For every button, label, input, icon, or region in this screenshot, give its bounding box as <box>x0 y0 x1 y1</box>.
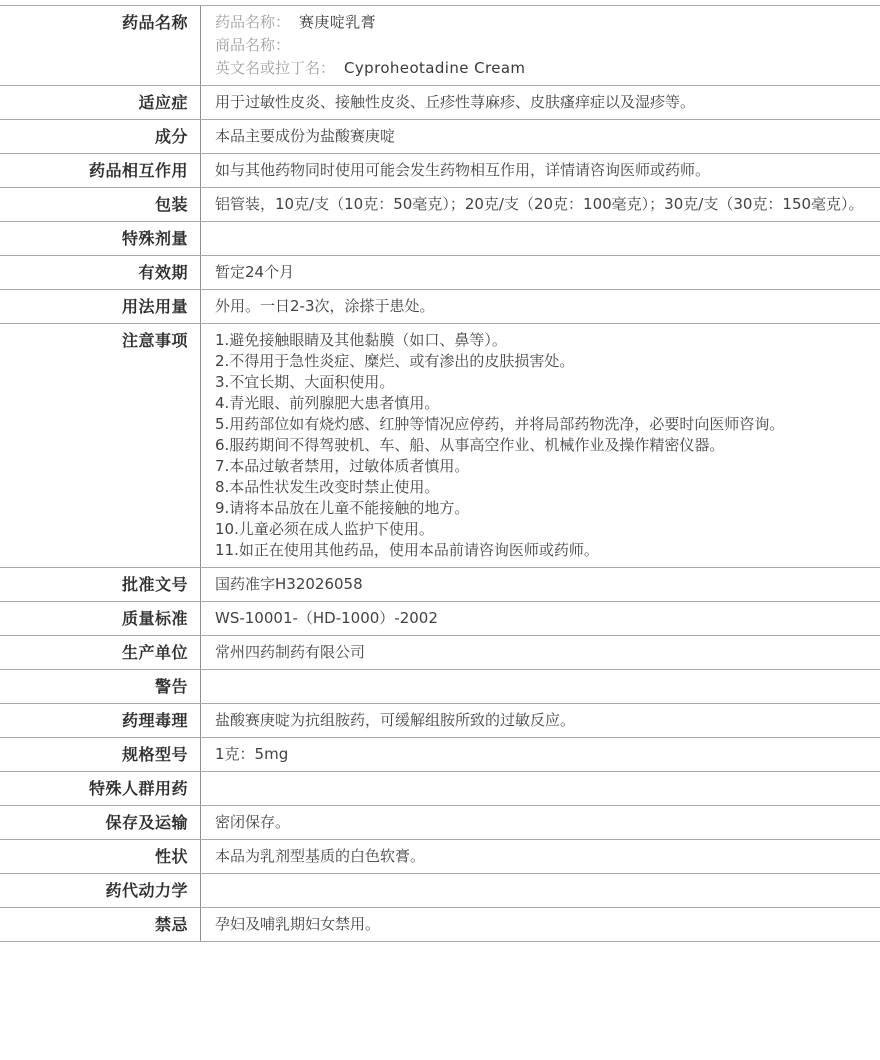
field-key-generic-name: 药品名称： <box>215 13 290 31</box>
row-value-warning <box>201 670 880 703</box>
row-drug-name: 药品名称 药品名称：赛庚啶乳膏 商品名称： 英文名或拉丁名：Cyproheota… <box>0 6 880 86</box>
row-indications: 适应症 用于过敏性皮炎、接触性皮炎、丘疹性荨麻疹、皮肤瘙痒症以及湿疹等。 <box>0 86 880 120</box>
row-value-contraindications: 孕妇及哺乳期妇女禁用。 <box>201 908 880 941</box>
row-validity-period: 有效期 暂定24个月 <box>0 256 880 290</box>
row-manufacturer: 生产单位 常州四药制药有限公司 <box>0 636 880 670</box>
row-label-storage-transport: 保存及运输 <box>0 806 201 839</box>
row-pharmacokinetics: 药代动力学 <box>0 874 880 908</box>
row-special-dosage: 特殊剂量 <box>0 222 880 256</box>
row-packaging: 包装 铝管装，10克/支（10克：50毫克）；20克/支（20克：100毫克）；… <box>0 188 880 222</box>
row-label-warning: 警告 <box>0 670 201 703</box>
row-label-pharmacokinetics: 药代动力学 <box>0 874 201 907</box>
row-value-specification: 1克：5mg <box>201 738 880 771</box>
row-specification: 规格型号 1克：5mg <box>0 738 880 772</box>
row-value-dosage-usage: 外用。一日2-3次，涂搽于患处。 <box>201 290 880 323</box>
row-drug-interactions: 药品相互作用 如与其他药物同时使用可能会发生药物相互作用，详情请咨询医师或药师。 <box>0 154 880 188</box>
row-value-quality-standard: WS-10001-（HD-1000）-2002 <box>201 602 880 635</box>
row-label-packaging: 包装 <box>0 188 201 221</box>
row-dosage-usage: 用法用量 外用。一日2-3次，涂搽于患处。 <box>0 290 880 324</box>
row-label-validity-period: 有效期 <box>0 256 201 289</box>
row-contraindications: 禁忌 孕妇及哺乳期妇女禁用。 <box>0 908 880 942</box>
row-label-ingredients: 成分 <box>0 120 201 153</box>
field-key-trade-name: 商品名称： <box>215 36 290 54</box>
row-label-pharmacology-toxicology: 药理毒理 <box>0 704 201 737</box>
field-key-english-name: 英文名或拉丁名： <box>215 59 335 77</box>
row-label-contraindications: 禁忌 <box>0 908 201 941</box>
row-value-special-dosage <box>201 222 880 255</box>
row-label-special-dosage: 特殊剂量 <box>0 222 201 255</box>
row-label-precautions: 注意事项 <box>0 324 201 567</box>
row-value-pharmacokinetics <box>201 874 880 907</box>
row-label-drug-name: 药品名称 <box>0 6 201 85</box>
row-label-specification: 规格型号 <box>0 738 201 771</box>
row-value-precautions: 1.避免接触眼睛及其他黏膜（如口、鼻等）。 2.不得用于急性炎症、糜烂、或有渗出… <box>201 324 880 567</box>
row-value-approval-number: 国药准字H32026058 <box>201 568 880 601</box>
row-value-special-population <box>201 772 880 805</box>
field-english-name: 英文名或拉丁名：Cyproheotadine Cream <box>215 57 868 80</box>
drug-name-fields: 药品名称：赛庚啶乳膏 商品名称： 英文名或拉丁名：Cyproheotadine … <box>201 6 880 85</box>
row-label-indications: 适应症 <box>0 86 201 119</box>
row-value-properties: 本品为乳剂型基质的白色软膏。 <box>201 840 880 873</box>
row-properties: 性状 本品为乳剂型基质的白色软膏。 <box>0 840 880 874</box>
row-value-drug-interactions: 如与其他药物同时使用可能会发生药物相互作用，详情请咨询医师或药师。 <box>201 154 880 187</box>
field-value-english-name: Cyproheotadine Cream <box>344 59 525 77</box>
row-special-population: 特殊人群用药 <box>0 772 880 806</box>
row-precautions: 注意事项 1.避免接触眼睛及其他黏膜（如口、鼻等）。 2.不得用于急性炎症、糜烂… <box>0 324 880 568</box>
row-pharmacology-toxicology: 药理毒理 盐酸赛庚啶为抗组胺药，可缓解组胺所致的过敏反应。 <box>0 704 880 738</box>
row-label-approval-number: 批准文号 <box>0 568 201 601</box>
row-value-indications: 用于过敏性皮炎、接触性皮炎、丘疹性荨麻疹、皮肤瘙痒症以及湿疹等。 <box>201 86 880 119</box>
field-generic-name: 药品名称：赛庚啶乳膏 <box>215 11 868 34</box>
row-approval-number: 批准文号 国药准字H32026058 <box>0 568 880 602</box>
row-value-pharmacology-toxicology: 盐酸赛庚啶为抗组胺药，可缓解组胺所致的过敏反应。 <box>201 704 880 737</box>
field-value-generic-name: 赛庚啶乳膏 <box>299 13 376 31</box>
row-value-storage-transport: 密闭保存。 <box>201 806 880 839</box>
drug-info-table: 药品名称 药品名称：赛庚啶乳膏 商品名称： 英文名或拉丁名：Cyproheota… <box>0 5 880 942</box>
row-label-manufacturer: 生产单位 <box>0 636 201 669</box>
row-value-packaging: 铝管装，10克/支（10克：50毫克）；20克/支（20克：100毫克）；30克… <box>201 188 880 221</box>
row-value-manufacturer: 常州四药制药有限公司 <box>201 636 880 669</box>
row-label-quality-standard: 质量标准 <box>0 602 201 635</box>
row-ingredients: 成分 本品主要成份为盐酸赛庚啶 <box>0 120 880 154</box>
row-warning: 警告 <box>0 670 880 704</box>
row-label-drug-interactions: 药品相互作用 <box>0 154 201 187</box>
field-trade-name: 商品名称： <box>215 34 868 57</box>
row-value-ingredients: 本品主要成份为盐酸赛庚啶 <box>201 120 880 153</box>
row-label-special-population: 特殊人群用药 <box>0 772 201 805</box>
row-label-properties: 性状 <box>0 840 201 873</box>
row-storage-transport: 保存及运输 密闭保存。 <box>0 806 880 840</box>
row-label-dosage-usage: 用法用量 <box>0 290 201 323</box>
row-quality-standard: 质量标准 WS-10001-（HD-1000）-2002 <box>0 602 880 636</box>
row-value-validity-period: 暂定24个月 <box>201 256 880 289</box>
